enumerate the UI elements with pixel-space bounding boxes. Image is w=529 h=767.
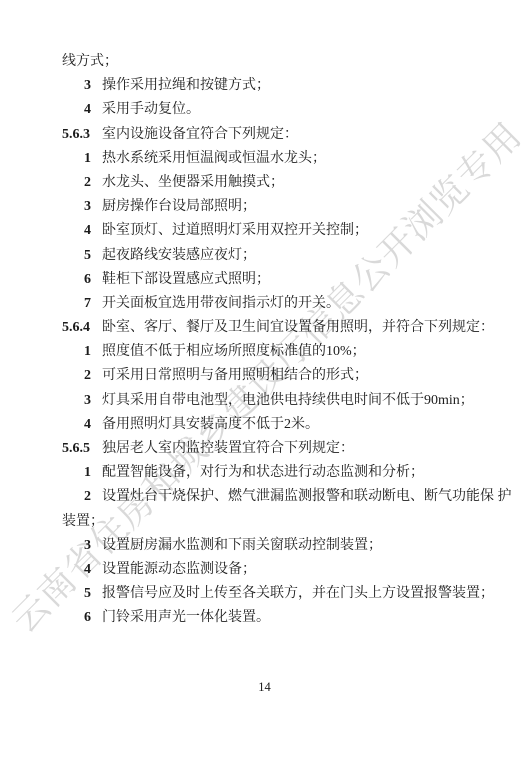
list-item: 3 设置厨房漏水监测和下雨关窗联动控制装置； <box>62 534 492 558</box>
item-number: 4 <box>84 219 91 243</box>
item-text: 操作采用拉绳和按键方式； <box>102 74 492 98</box>
list-item: 5 起夜路线安装感应夜灯； <box>62 244 492 268</box>
item-text: 水龙头、坐便器采用触摸式； <box>102 171 492 195</box>
list-item: 4 卧室顶灯、过道照明灯采用双控开关控制； <box>62 219 492 243</box>
list-item: 2 设置灶台干烧保护、燃气泄漏监测报警和联动断电、断气功能保 护 <box>62 485 492 509</box>
list-item: 1 配置智能设备，对行为和状态进行动态监测和分析； <box>62 461 492 485</box>
item-number: 3 <box>84 195 91 219</box>
list-item: 6 门铃采用声光一体化装置。 <box>62 606 492 630</box>
list-item: 1 热水系统采用恒温阀或恒温水龙头； <box>62 147 492 171</box>
section-heading: 5.6.3 室内设施设备宜符合下列规定： <box>62 123 492 147</box>
item-number: 1 <box>84 461 91 485</box>
item-number: 5 <box>84 582 91 606</box>
item-number: 2 <box>84 364 91 388</box>
item-number: 2 <box>84 171 91 195</box>
item-number: 4 <box>84 413 91 437</box>
list-item: 1 照度值不低于相应场所照度标准值的10%； <box>62 340 492 364</box>
item-text: 设置灶台干烧保护、燃气泄漏监测报警和联动断电、断气功能保 护 <box>102 485 492 509</box>
section-number: 5.6.5 <box>62 437 90 461</box>
list-item: 3 灯具采用自带电池型，电池供电持续供电时间不低于90min； <box>62 389 492 413</box>
document-page: 云南省住房和城乡建设厅信息公开浏览专用 线方式； 3 操作采用拉绳和按键方式； … <box>0 0 529 767</box>
list-item: 4 设置能源动态监测设备； <box>62 558 492 582</box>
list-item: 3 操作采用拉绳和按键方式； <box>62 74 492 98</box>
line-text: 线方式； <box>62 50 492 74</box>
list-item: 2 水龙头、坐便器采用触摸式； <box>62 171 492 195</box>
item-number: 4 <box>84 98 91 122</box>
section-title: 室内设施设备宜符合下列规定： <box>102 123 492 147</box>
list-item: 7 开关面板宜选用带夜间指示灯的开关。 <box>62 292 492 316</box>
item-number: 3 <box>84 534 91 558</box>
line-text: 装置； <box>62 510 492 534</box>
page-number: 14 <box>0 680 529 695</box>
item-text: 卧室顶灯、过道照明灯采用双控开关控制； <box>102 219 492 243</box>
item-text: 配置智能设备，对行为和状态进行动态监测和分析； <box>102 461 492 485</box>
item-text: 灯具采用自带电池型，电池供电持续供电时间不低于90min； <box>102 389 492 413</box>
item-number: 2 <box>84 485 91 509</box>
item-number: 5 <box>84 244 91 268</box>
item-text: 开关面板宜选用带夜间指示灯的开关。 <box>102 292 492 316</box>
item-text: 备用照明灯具安装高度不低于2米。 <box>102 413 492 437</box>
item-text: 设置能源动态监测设备； <box>102 558 492 582</box>
item-number: 3 <box>84 389 91 413</box>
item-number: 1 <box>84 147 91 171</box>
item-text: 门铃采用声光一体化装置。 <box>102 606 492 630</box>
text-line: 线方式； <box>62 50 492 74</box>
document-body: 线方式； 3 操作采用拉绳和按键方式； 4 采用手动复位。 5.6.3 室内设施… <box>62 50 492 631</box>
list-item: 2 可采用日常照明与备用照明相结合的形式； <box>62 364 492 388</box>
list-item: 3 厨房操作台设局部照明； <box>62 195 492 219</box>
section-number: 5.6.4 <box>62 316 90 340</box>
item-text: 起夜路线安装感应夜灯； <box>102 244 492 268</box>
section-heading: 5.6.4 卧室、客厅、餐厅及卫生间宜设置备用照明，并符合下列规定： <box>62 316 492 340</box>
item-number: 6 <box>84 268 91 292</box>
section-number: 5.6.3 <box>62 123 90 147</box>
section-title: 独居老人室内监控装置宜符合下列规定： <box>102 437 492 461</box>
list-item: 4 采用手动复位。 <box>62 98 492 122</box>
list-item: 5 报警信号应及时上传至各关联方，并在门头上方设置报警装置； <box>62 582 492 606</box>
item-text: 采用手动复位。 <box>102 98 492 122</box>
section-heading: 5.6.5 独居老人室内监控装置宜符合下列规定： <box>62 437 492 461</box>
item-text: 设置厨房漏水监测和下雨关窗联动控制装置； <box>102 534 492 558</box>
item-text: 热水系统采用恒温阀或恒温水龙头； <box>102 147 492 171</box>
item-text: 照度值不低于相应场所照度标准值的10%； <box>102 340 492 364</box>
item-text: 厨房操作台设局部照明； <box>102 195 492 219</box>
item-text: 报警信号应及时上传至各关联方，并在门头上方设置报警装置； <box>102 582 492 606</box>
list-item: 4 备用照明灯具安装高度不低于2米。 <box>62 413 492 437</box>
item-text: 可采用日常照明与备用照明相结合的形式； <box>102 364 492 388</box>
section-title: 卧室、客厅、餐厅及卫生间宜设置备用照明，并符合下列规定： <box>102 316 492 340</box>
text-line: 装置； <box>62 510 492 534</box>
item-number: 7 <box>84 292 91 316</box>
item-number: 1 <box>84 340 91 364</box>
item-text: 鞋柜下部设置感应式照明； <box>102 268 492 292</box>
item-number: 3 <box>84 74 91 98</box>
item-number: 4 <box>84 558 91 582</box>
list-item: 6 鞋柜下部设置感应式照明； <box>62 268 492 292</box>
item-number: 6 <box>84 606 91 630</box>
